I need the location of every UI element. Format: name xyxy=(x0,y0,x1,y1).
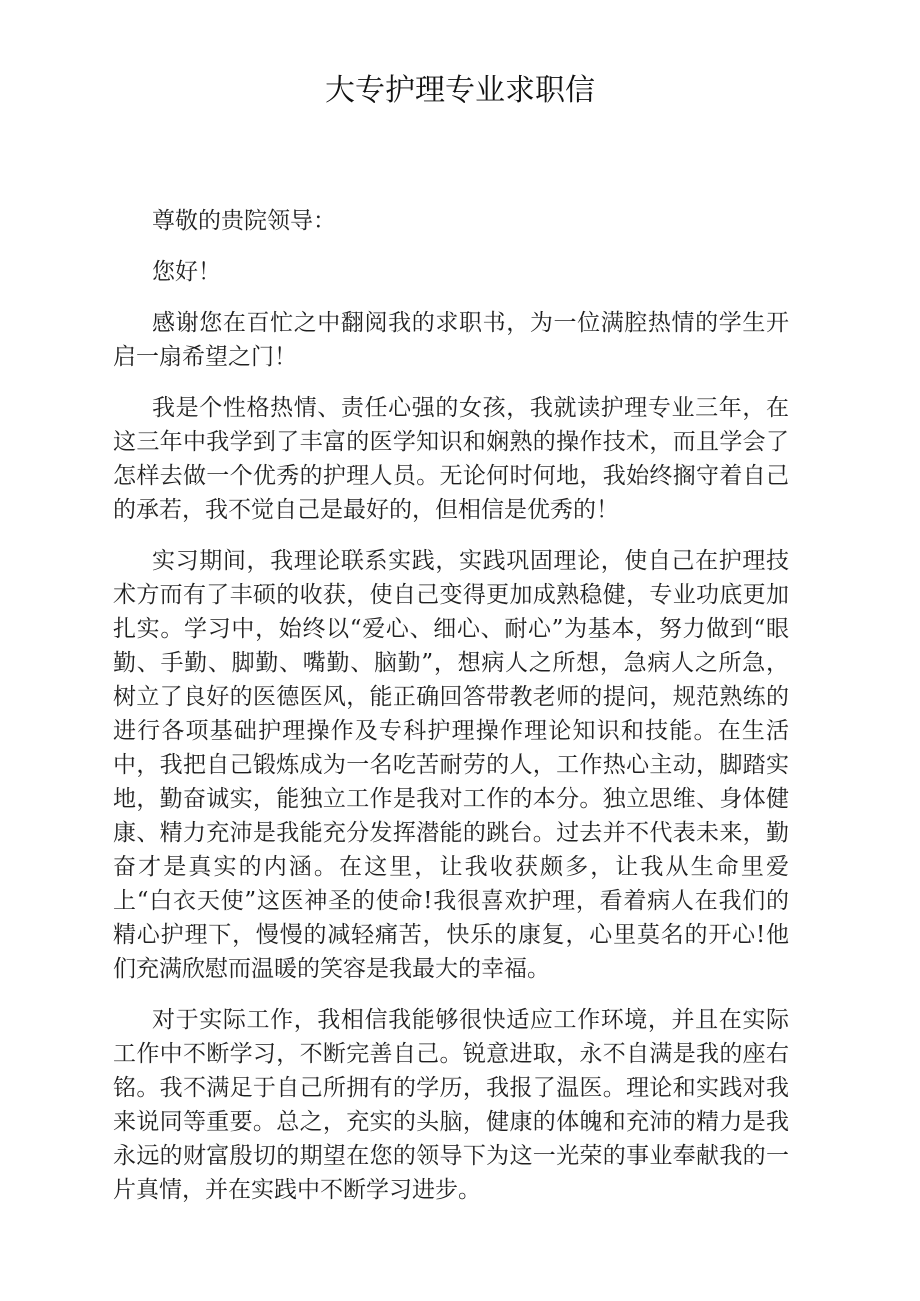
salutation-line: 尊敬的贵院领导： xyxy=(113,204,789,238)
document-page: 大专护理专业求职信 尊敬的贵院领导： 您好！ 感谢您在百忙之中翻阅我的求职书，为… xyxy=(0,0,920,1301)
paragraph-thanks: 感谢您在百忙之中翻阅我的求职书，为一位满腔热情的学生开启一扇希望之门！ xyxy=(113,306,789,374)
greeting-line: 您好！ xyxy=(113,255,789,289)
document-body: 尊敬的贵院领导： 您好！ 感谢您在百忙之中翻阅我的求职书，为一位满腔热情的学生开… xyxy=(113,204,789,1207)
paragraph-self-intro: 我是个性格热情、责任心强的女孩，我就读护理专业三年，在这三年中我学到了丰富的医学… xyxy=(113,391,789,527)
paragraph-internship: 实习期间，我理论联系实践，实践巩固理论，使自己在护理技术方而有了丰硕的收获，使自… xyxy=(113,544,789,986)
document-title: 大专护理专业求职信 xyxy=(0,0,920,108)
paragraph-work-outlook: 对于实际工作，我相信我能够很快适应工作环境，并且在实际工作中不断学习，不断完善自… xyxy=(113,1003,789,1207)
